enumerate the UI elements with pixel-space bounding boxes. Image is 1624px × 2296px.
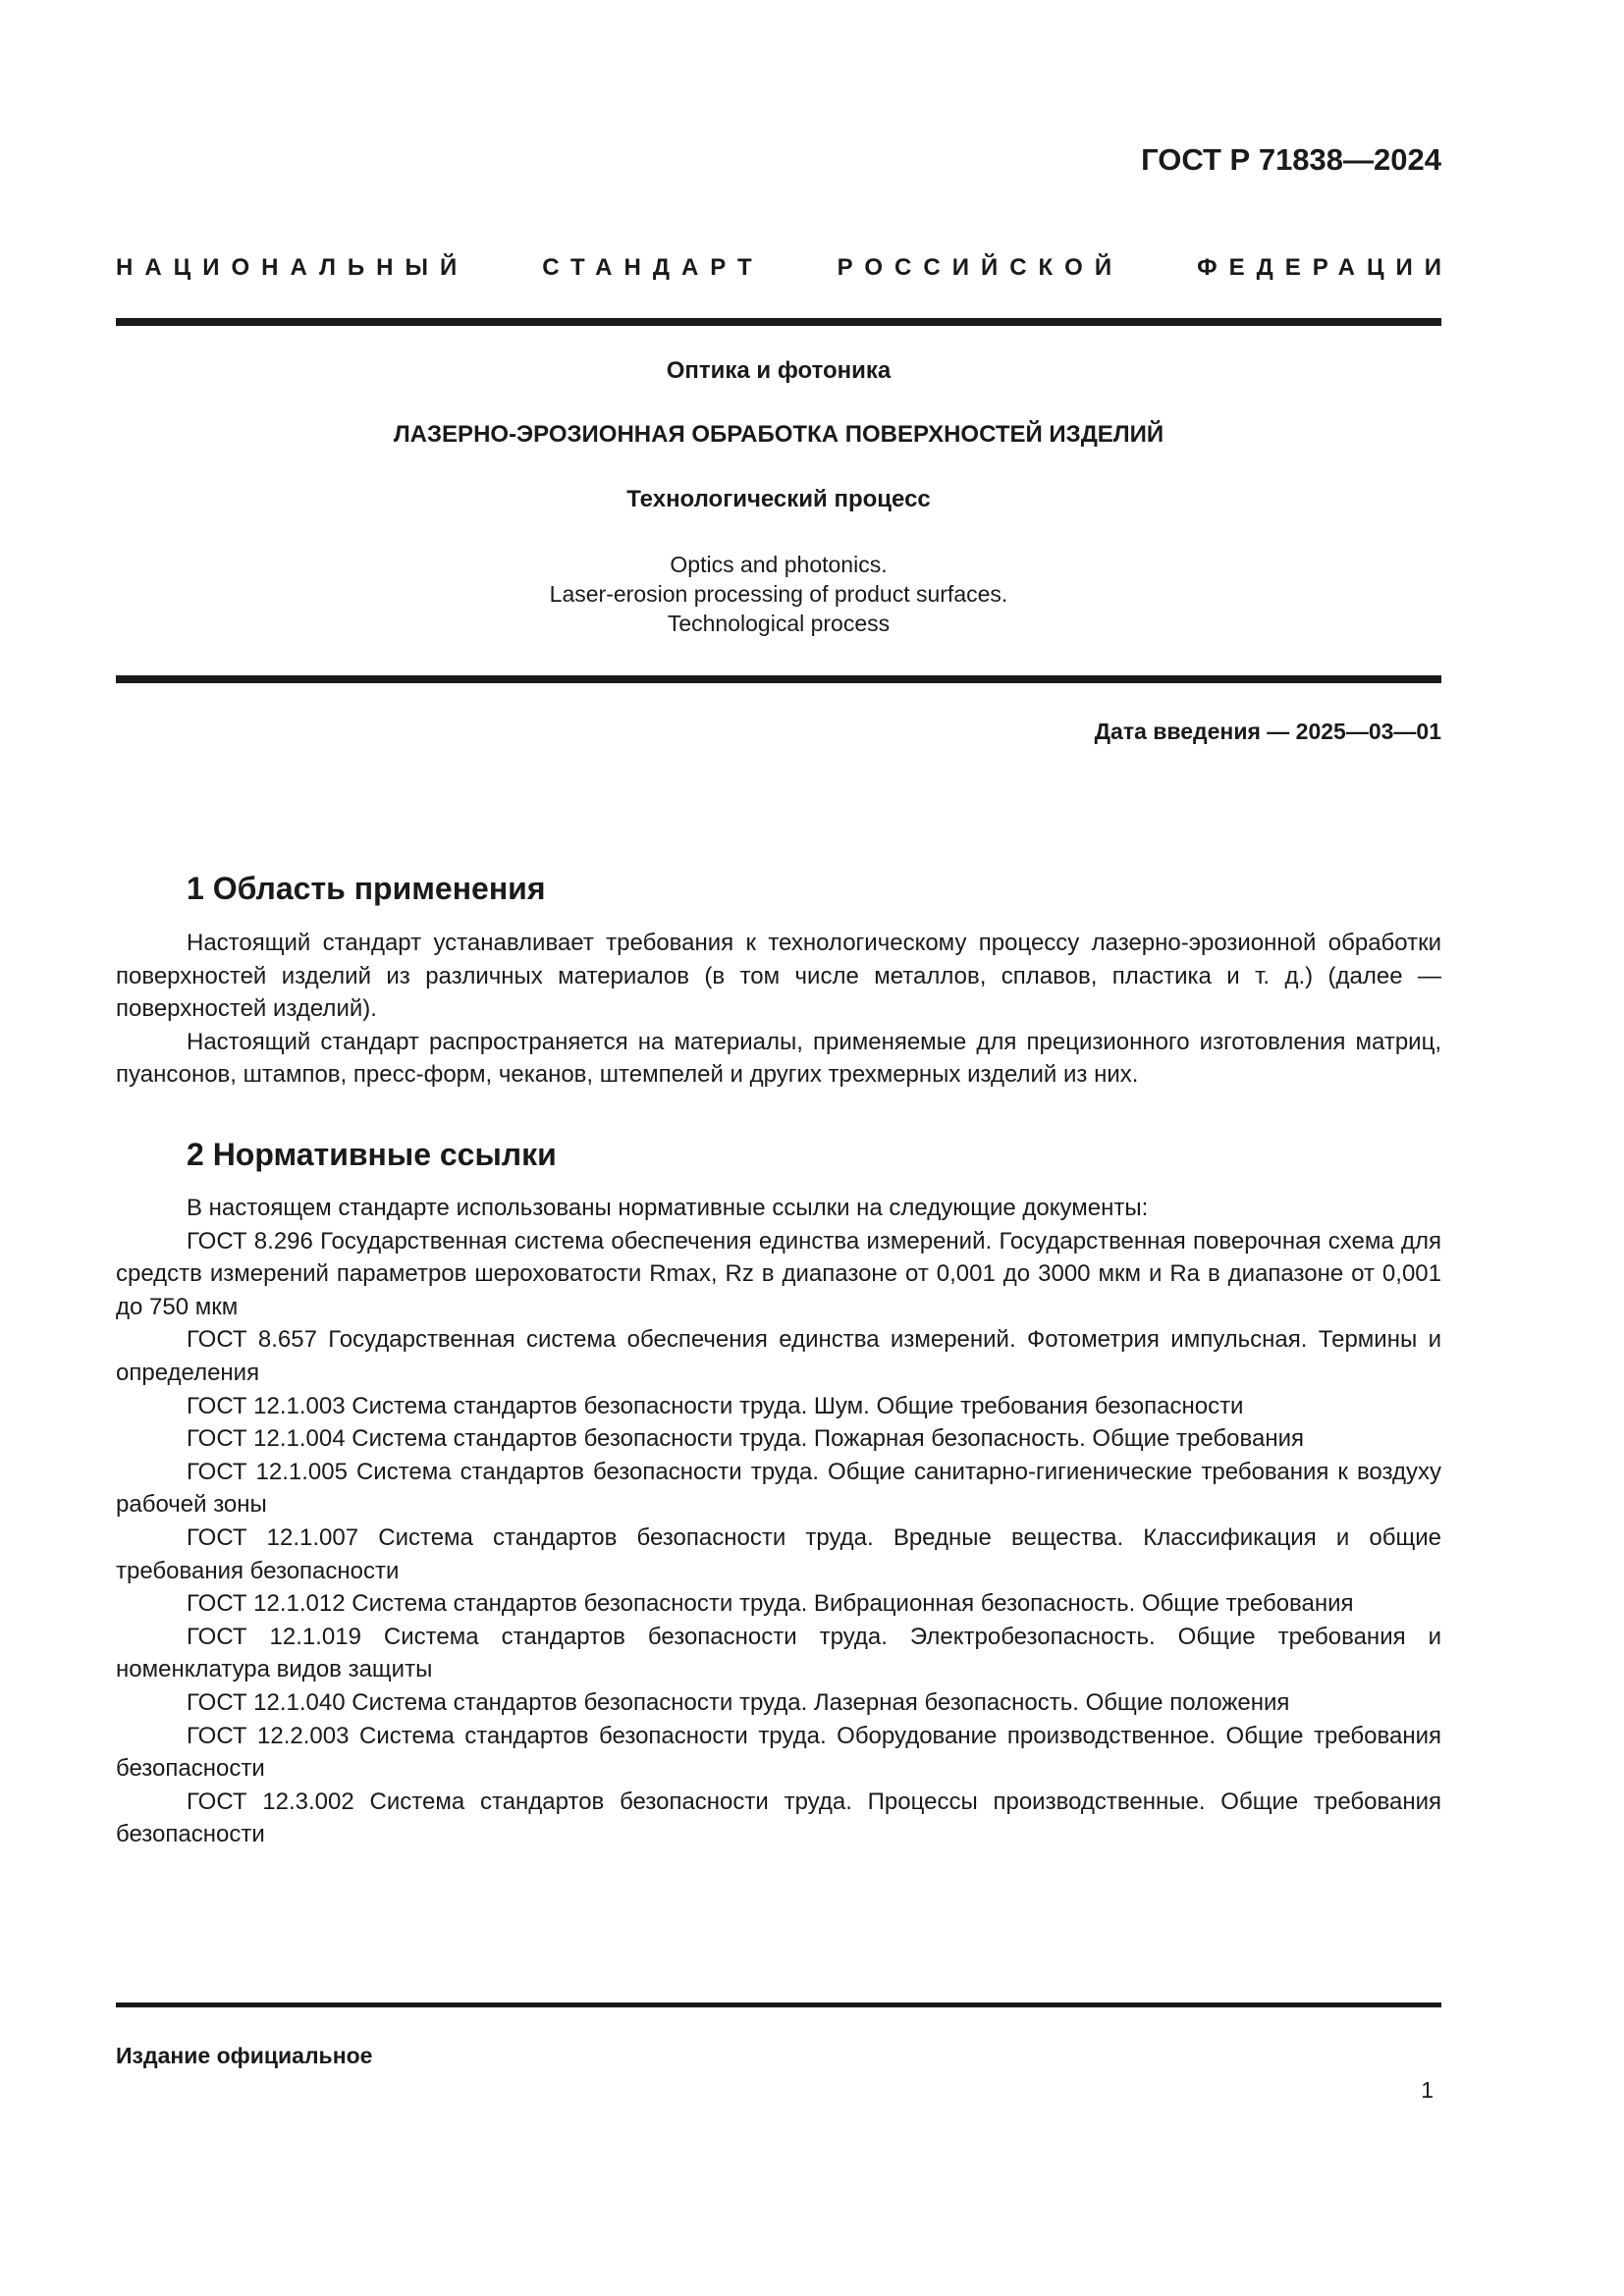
banner-word: НАЦИОНАЛЬНЫЙ (116, 256, 468, 280)
section-body-scope: Настоящий стандарт устанавливает требова… (116, 927, 1441, 1092)
official-edition-label: Издание официальное (116, 2045, 372, 2067)
reference-item: ГОСТ 12.1.040 Система стандартов безопас… (116, 1686, 1441, 1720)
english-title-line: Optics and photonics. (116, 550, 1441, 579)
reference-item: ГОСТ 12.1.005 Система стандартов безопас… (116, 1456, 1441, 1522)
national-standard-banner: НАЦИОНАЛЬНЫЙ СТАНДАРТ РОССИЙСКОЙ ФЕДЕРАЦ… (116, 256, 1441, 280)
reference-item: ГОСТ 8.296 Государственная система обесп… (116, 1225, 1441, 1324)
section-body-normative-references: В настоящем стандарте использованы норма… (116, 1192, 1441, 1851)
banner-word: ФЕДЕРАЦИИ (1197, 256, 1453, 280)
reference-item: ГОСТ 12.1.004 Система стандартов безопас… (116, 1422, 1441, 1456)
reference-item: ГОСТ 12.1.003 Система стандартов безопас… (116, 1390, 1441, 1423)
document-subtitle: Технологический процесс (116, 488, 1441, 511)
reference-item: ГОСТ 12.3.002 Система стандартов безопас… (116, 1786, 1441, 1851)
introduction-date: Дата введения — 2025—03—01 (1095, 721, 1441, 743)
banner-word: РОССИЙСКОЙ (838, 256, 1123, 280)
document-code: ГОСТ Р 71838—2024 (1141, 144, 1441, 175)
reference-item: ГОСТ 12.1.012 Система стандартов безопас… (116, 1587, 1441, 1621)
reference-item: ГОСТ 8.657 Государственная система обесп… (116, 1323, 1441, 1389)
english-title-line: Technological process (116, 609, 1441, 638)
reference-item: ГОСТ 12.1.019 Система стандартов безопас… (116, 1621, 1441, 1686)
section-heading-normative-references: 2 Нормативные ссылки (187, 1139, 557, 1170)
reference-item: ГОСТ 12.1.007 Система стандартов безопас… (116, 1522, 1441, 1587)
banner-word: СТАНДАРТ (542, 256, 763, 280)
reference-item: ГОСТ 12.2.003 Система стандартов безопас… (116, 1720, 1441, 1786)
document-subject: Оптика и фотоника (116, 359, 1441, 383)
top-divider (116, 318, 1441, 326)
footer-divider (116, 2002, 1441, 2007)
english-title: Optics and photonics. Laser-erosion proc… (116, 550, 1441, 638)
english-title-line: Laser-erosion processing of product surf… (116, 579, 1441, 609)
paragraph: В настоящем стандарте использованы норма… (116, 1192, 1441, 1225)
page-number: 1 (1421, 2079, 1434, 2102)
document-page: ГОСТ Р 71838—2024 НАЦИОНАЛЬНЫЙ СТАНДАРТ … (116, 0, 1441, 2296)
paragraph: Настоящий стандарт устанавливает требова… (116, 927, 1441, 1026)
paragraph: Настоящий стандарт распространяется на м… (116, 1026, 1441, 1092)
section-heading-scope: 1 Область применения (187, 873, 546, 904)
document-title: ЛАЗЕРНО-ЭРОЗИОННАЯ ОБРАБОТКА ПОВЕРХНОСТЕ… (116, 423, 1441, 447)
title-divider (116, 675, 1441, 683)
